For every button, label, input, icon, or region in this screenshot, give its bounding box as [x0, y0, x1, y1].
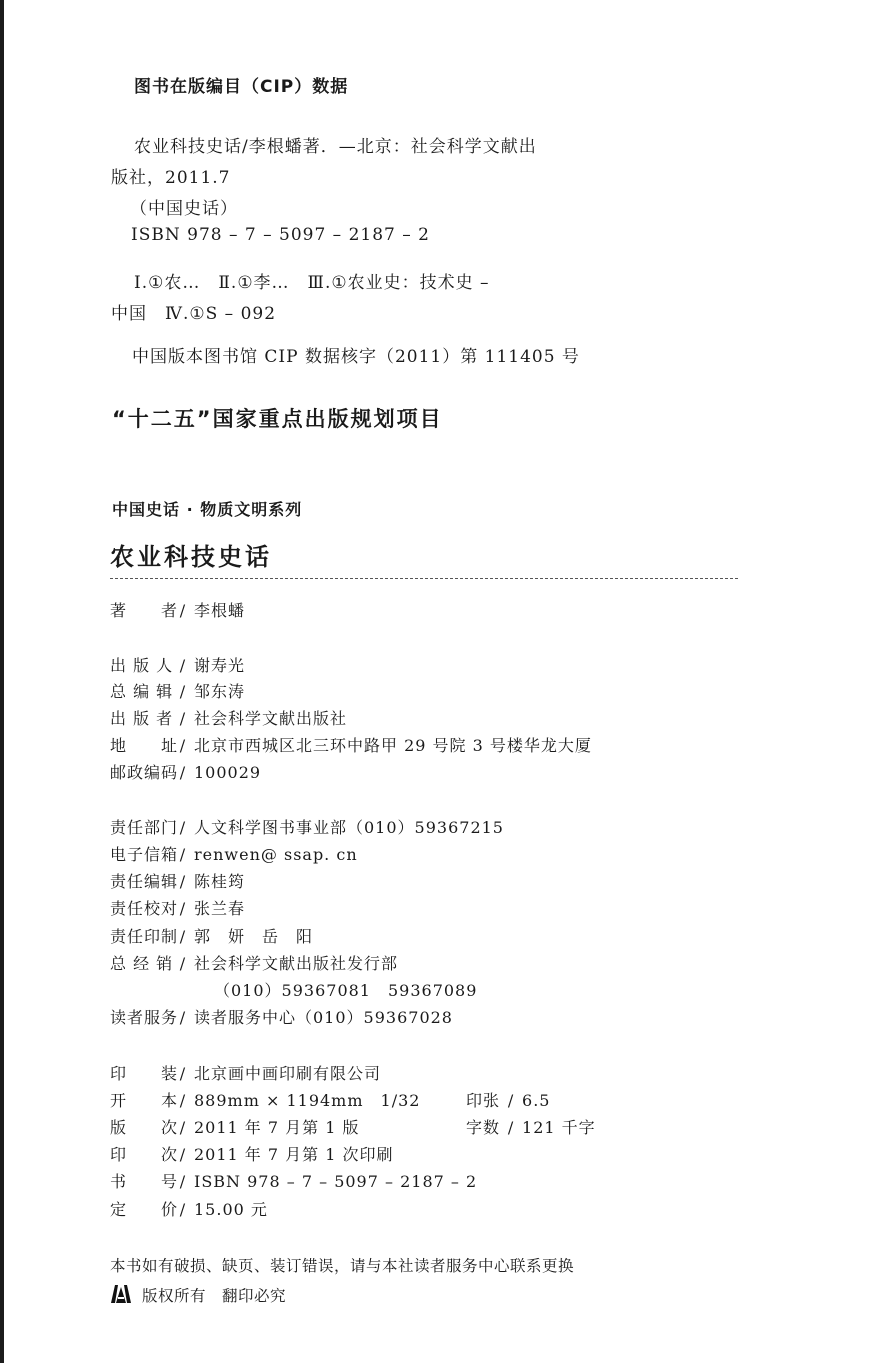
separator: / — [172, 818, 194, 837]
separator: / — [500, 1118, 522, 1137]
info-label: 字数 — [466, 1118, 500, 1137]
info-label: 印 装 — [110, 1061, 172, 1084]
info-label: 版 次 — [110, 1115, 172, 1138]
info-value: 2011 年 7 月第 1 次印刷 — [194, 1145, 394, 1164]
info-value: 100029 — [194, 763, 261, 782]
info-value: 2011 年 7 月第 1 版 — [194, 1118, 360, 1137]
separator: / — [172, 1145, 194, 1164]
info-row-chief-editor: 总 编 辑/邹东涛 — [110, 679, 245, 702]
title-divider — [110, 578, 738, 579]
info-label: 电子信箱 — [110, 842, 172, 865]
info-value: 读者服务中心（010）59367028 — [194, 1008, 453, 1027]
info-value: 谢寿光 — [194, 656, 245, 675]
info-value: ISBN 978 – 7 – 5097 – 2187 – 2 — [194, 1172, 477, 1191]
cip-classification-line-2: 中国 Ⅳ.①S – 092 — [111, 299, 276, 324]
separator: / — [172, 682, 194, 701]
info-label: 总 经 销 — [110, 951, 172, 974]
info-label: 责任部门 — [110, 815, 172, 838]
separator: / — [172, 1064, 194, 1083]
info-row-postcode: 邮政编码/100029 — [110, 760, 261, 783]
info-value: 李根蟠 — [194, 601, 245, 620]
info-label: 定 价 — [110, 1197, 172, 1220]
info-row-address: 地 址/北京市西城区北三环中路甲 29 号院 3 号楼华龙大厦 — [110, 733, 592, 756]
info-row-editor: 责任编辑/陈桂筠 — [110, 869, 245, 892]
info-label: 印 次 — [110, 1142, 172, 1165]
info-row-distributor: 总 经 销/社会科学文献出版社发行部 — [110, 951, 398, 974]
project-label: “十二五”国家重点出版规划项目 — [112, 403, 443, 433]
separator: / — [500, 1091, 522, 1110]
info-row-format: 开 本/889mm × 1194mm 1/32 — [110, 1088, 420, 1111]
cip-line-2: 版社，2011.7 — [111, 163, 230, 188]
info-row-isbn: 书 号/ISBN 978 – 7 – 5097 – 2187 – 2 — [110, 1169, 477, 1192]
copyright-line: 版权所有 翻印必究 — [110, 1284, 286, 1306]
separator: / — [172, 845, 194, 864]
info-label: 印张 — [466, 1091, 500, 1110]
cip-isbn-line: ISBN 978 – 7 – 5097 – 2187 – 2 — [131, 225, 430, 245]
email-link[interactable]: renwen@ ssap. cn — [194, 845, 358, 864]
info-row-edition: 版 次/2011 年 7 月第 1 版 — [110, 1115, 360, 1138]
info-value: 社会科学文献出版社发行部 — [194, 954, 398, 973]
info-label: 出 版 人 — [110, 653, 172, 676]
info-value: 邹东涛 — [194, 682, 245, 701]
cip-heading: 图书在版编目（CIP）数据 — [134, 72, 348, 97]
separator: / — [172, 872, 194, 891]
info-value: 郭 妍 岳 阳 — [194, 927, 313, 946]
info-row-price: 定 价/15.00 元 — [110, 1197, 268, 1220]
info-row-reader-service: 读者服务/读者服务中心（010）59367028 — [110, 1005, 453, 1028]
info-value: 张兰春 — [194, 899, 245, 918]
separator: / — [172, 899, 194, 918]
info-label: 开 本 — [110, 1088, 172, 1111]
info-value: 889mm × 1194mm 1/32 — [194, 1091, 420, 1110]
info-value: （010）59367081 59367089 — [214, 981, 477, 1000]
separator: / — [172, 1172, 194, 1191]
info-row-printing: 印 次/2011 年 7 月第 1 次印刷 — [110, 1142, 394, 1165]
info-value: 北京市西城区北三环中路甲 29 号院 3 号楼华龙大厦 — [194, 736, 592, 755]
cip-record-number: 中国版本图书馆 CIP 数据核字（2011）第 111405 号 — [132, 342, 580, 367]
info-label: 书 号 — [110, 1169, 172, 1192]
info-value: 6.5 — [522, 1091, 550, 1110]
info-label: 邮政编码 — [110, 760, 172, 783]
separator: / — [172, 1118, 194, 1137]
scan-page-edge — [0, 0, 4, 1363]
info-row-distributor-phones: （010）59367081 59367089 — [214, 978, 477, 1001]
series-name: 中国史话 · 物质文明系列 — [112, 497, 302, 520]
damage-notice: 本书如有破损、缺页、装订错误，请与本社读者服务中心联系更换 — [110, 1254, 574, 1276]
info-label: 责任编辑 — [110, 869, 172, 892]
separator: / — [172, 1008, 194, 1027]
info-value: 北京画中画印刷有限公司 — [194, 1064, 381, 1083]
info-row-email: 电子信箱/renwen@ ssap. cn — [110, 842, 358, 865]
info-row-department: 责任部门/人文科学图书事业部（010）59367215 — [110, 815, 504, 838]
cip-classification-line-1: Ⅰ.①农… Ⅱ.①李… Ⅲ.①农业史：技术史 – — [134, 268, 490, 293]
info-label: 读者服务 — [110, 1005, 172, 1028]
info-row-proofreader: 责任校对/张兰春 — [110, 896, 245, 919]
info-value: 陈桂筠 — [194, 872, 245, 891]
cip-line-3: （中国史话） — [130, 194, 238, 219]
info-label: 责任印制 — [110, 924, 172, 947]
cip-line-1: 农业科技史话/李根蟠著．—北京：社会科学文献出 — [134, 132, 537, 157]
info-row-word-count: 字数/121 千字 — [466, 1115, 596, 1138]
info-value: 15.00 元 — [194, 1200, 268, 1219]
copyright-text: 版权所有 翻印必究 — [142, 1287, 286, 1305]
info-label: 出 版 者 — [110, 706, 172, 729]
info-row-publisher: 出 版 者/社会科学文献出版社 — [110, 706, 347, 729]
info-row-sheets: 印张/6.5 — [466, 1088, 550, 1111]
info-label: 著 者 — [110, 598, 172, 621]
separator: / — [172, 709, 194, 728]
info-row-publisher-person: 出 版 人/谢寿光 — [110, 653, 245, 676]
separator: / — [172, 601, 194, 620]
info-label: 总 编 辑 — [110, 679, 172, 702]
info-row-printer: 印 装/北京画中画印刷有限公司 — [110, 1061, 381, 1084]
separator: / — [172, 656, 194, 675]
separator: / — [172, 1091, 194, 1110]
info-row-print-supervisor: 责任印制/郭 妍 岳 阳 — [110, 924, 313, 947]
separator: / — [172, 763, 194, 782]
info-value: 人文科学图书事业部（010）59367215 — [194, 818, 504, 837]
info-row-author: 著 者/李根蟠 — [110, 598, 245, 621]
info-label: 责任校对 — [110, 896, 172, 919]
info-value: 121 千字 — [522, 1118, 596, 1137]
info-value: 社会科学文献出版社 — [194, 709, 347, 728]
separator: / — [172, 927, 194, 946]
separator: / — [172, 954, 194, 973]
separator: / — [172, 736, 194, 755]
separator: / — [172, 1200, 194, 1219]
info-label: 地 址 — [110, 733, 172, 756]
book-title: 农业科技史话 — [110, 537, 272, 572]
publisher-logo-icon — [110, 1284, 132, 1304]
